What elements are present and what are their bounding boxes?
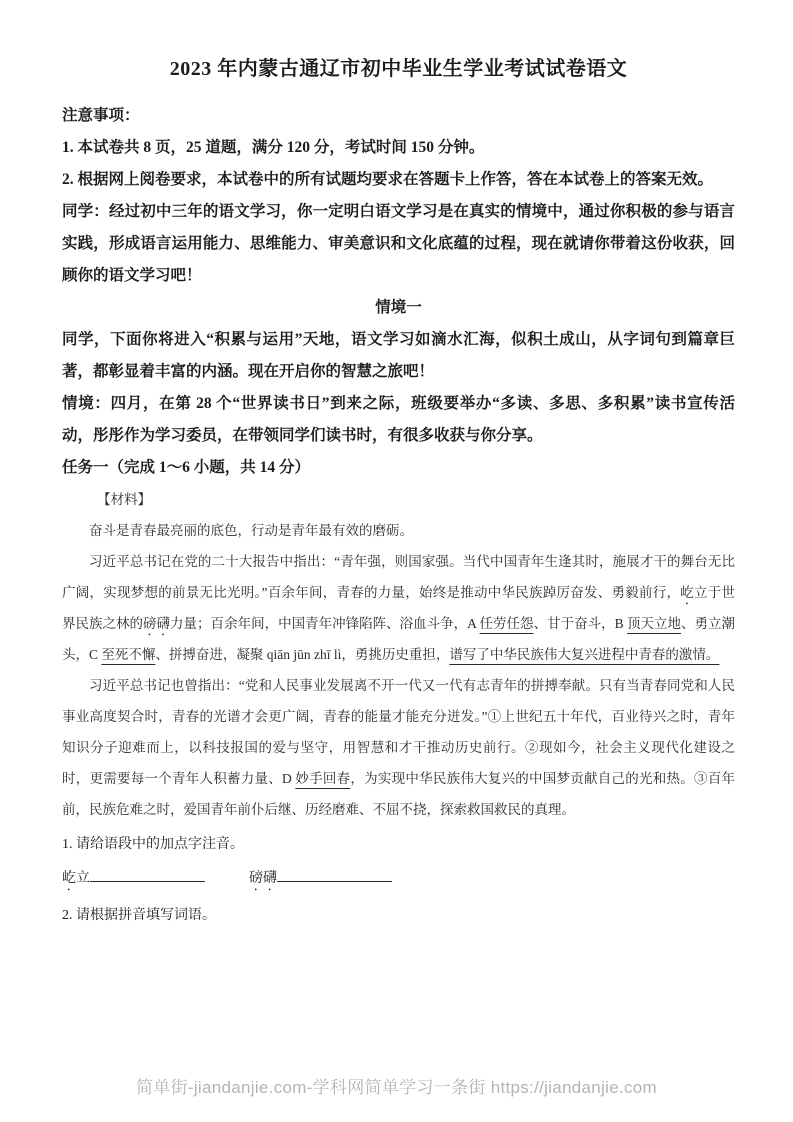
text-segment: 、拼搏奋进，凝聚 qiān jūn zhī lì，勇挑历史重担， <box>155 647 449 662</box>
material-label: 【材料】 <box>62 484 735 515</box>
question-1-text: 1. 请给语段中的加点字注音。 <box>62 829 735 860</box>
answer-blank <box>277 866 392 882</box>
document-page: { "page": { "title": "2023 年内蒙古通辽市初中毕业生学… <box>0 0 793 1122</box>
text-segment: 磅礴 <box>143 616 170 631</box>
task-one-heading: 任务一（完成 1～6 小题，共 14 分） <box>62 452 735 484</box>
scene-intro-paragraph: 同学，下面你将进入“积累与运用”天地，语文学习如滴水汇海，似积土成山，从字词句到… <box>62 324 735 388</box>
notice-heading: 注意事项： <box>62 100 735 132</box>
text-segment: 习近平总书记也曾指出：“党和人民事业发展离不开一代又一代有志青年的拼搏奉献。只有… <box>62 678 735 786</box>
notice-item-1: 1. 本试卷共 8 页，25 道题，满分 120 分，考试时间 150 分钟。 <box>62 132 735 164</box>
watermark-footer: 简单街-jiandanjie.com-学科网简单学习一条街 https://ji… <box>0 1073 793 1098</box>
material-paragraph-2: 习近平总书记在党的二十大报告中指出：“青年强，则国家强。当代中国青年生逢其时，施… <box>62 546 735 670</box>
page-title: 2023 年内蒙古通辽市初中毕业生学业考试试卷语文 <box>62 54 735 84</box>
text-segment: 任劳任怨 <box>480 616 534 631</box>
material-paragraph-3: 习近平总书记也曾指出：“党和人民事业发展离不开一代又一代有志青年的拼搏奉献。只有… <box>62 670 735 825</box>
text-segment: 立 <box>76 871 90 886</box>
text-segment: 屹 <box>62 871 76 886</box>
scene-one-heading: 情境一 <box>62 292 735 324</box>
text-segment: 顶天立地 <box>627 616 681 631</box>
text-segment: 习近平总书记在党的二十大报告中指出：“青年强，则国家强。当代中国青年生逢其时，施… <box>62 554 735 600</box>
text-segment: 力量；百余年间，中国青年冲锋陷阵、浴血斗争，A <box>170 616 479 631</box>
text-segment: 屹 <box>680 585 694 600</box>
material-paragraph-1: 奋斗是青春最亮丽的底色，行动是青年最有效的磨砺。 <box>62 515 735 546</box>
text-segment: 、甘于奋斗，B <box>534 616 627 631</box>
text-segment: 妙手回春 <box>295 771 350 786</box>
text-segment: 谱写了中华民族伟大复兴进程中青春的激情。 <box>449 647 719 662</box>
notice-item-2: 2. 根据网上阅卷要求，本试卷中的所有试题均要求在答题卡上作答，答在本试卷上的答… <box>62 164 735 196</box>
question-2-text: 2. 请根据拼音填写词语。 <box>62 900 735 931</box>
scene-detail-paragraph: 情境：四月，在第 28 个“世界读书日”到来之际，班级要举办“多读、多思、多积累… <box>62 388 735 452</box>
question-1-answer-line: 屹立磅礴 <box>62 862 735 896</box>
material-block: 【材料】 奋斗是青春最亮丽的底色，行动是青年最有效的磨砺。 习近平总书记在党的二… <box>62 484 735 825</box>
answer-blank <box>90 866 205 882</box>
page-content: 2023 年内蒙古通辽市初中毕业生学业考试试卷语文 注意事项： 1. 本试卷共 … <box>0 0 793 931</box>
intro-greeting-paragraph: 同学：经过初中三年的语文学习，你一定明白语文学习是在真实的情境中，通过你积极的参… <box>62 196 735 292</box>
text-segment: 至死不懈 <box>101 647 155 662</box>
text-segment: 磅礴 <box>249 871 277 886</box>
